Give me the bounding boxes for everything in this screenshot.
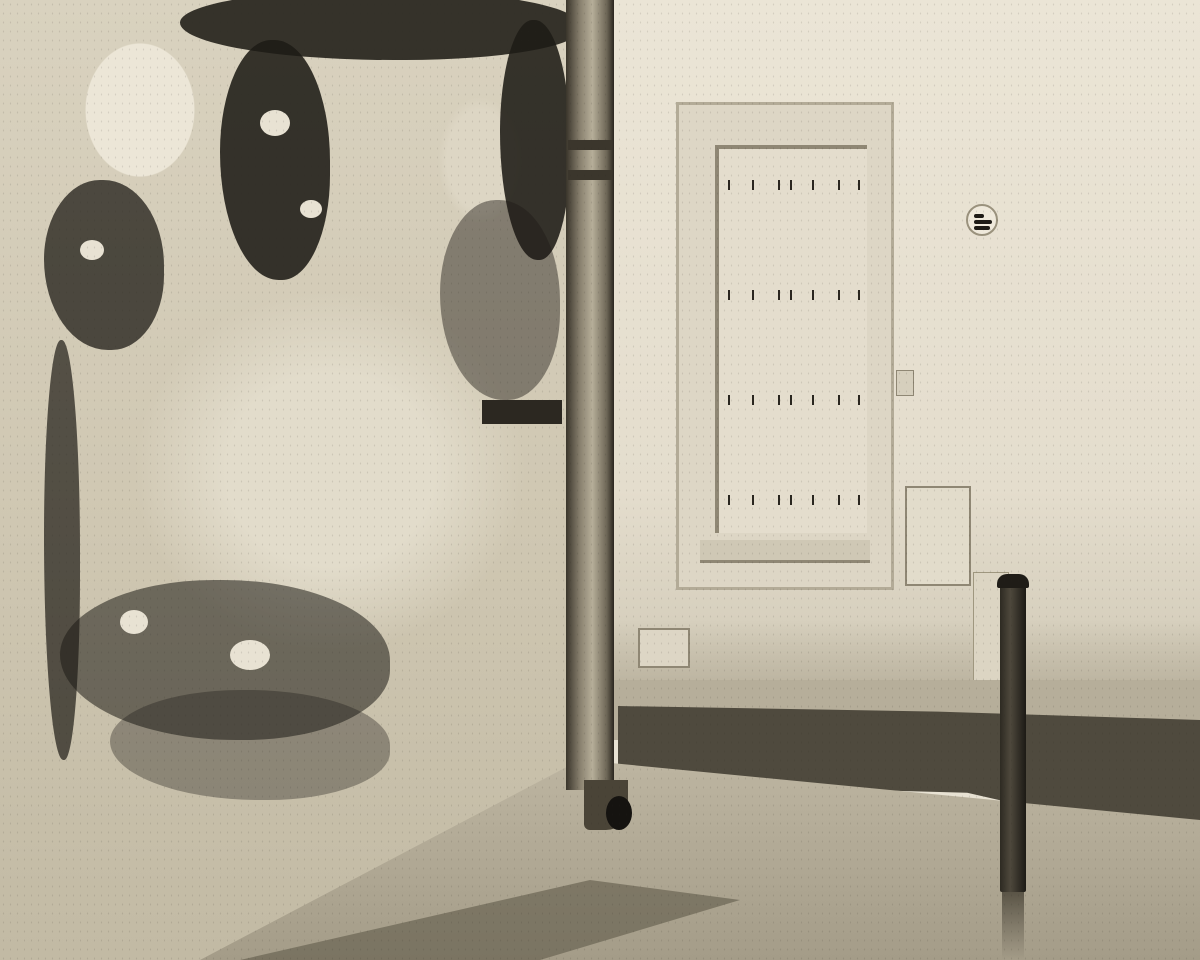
meter-box — [905, 486, 971, 586]
wall-speck — [260, 110, 290, 136]
slat-mark — [812, 180, 814, 190]
slat-mark — [790, 180, 792, 190]
slat-mark — [838, 395, 840, 405]
slat-mark — [790, 495, 792, 505]
slat-mark — [812, 395, 814, 405]
window-sill — [700, 540, 870, 563]
slat-mark — [812, 495, 814, 505]
slat-mark — [858, 180, 860, 190]
slat-mark — [790, 290, 792, 300]
slat-mark — [778, 495, 780, 505]
slat-mark — [838, 290, 840, 300]
slat-mark — [778, 395, 780, 405]
slat-mark — [812, 290, 814, 300]
pipe-outlet — [606, 796, 632, 830]
wall-vent-icon — [966, 204, 998, 236]
pipe-band — [568, 140, 612, 150]
slat-mark — [858, 290, 860, 300]
window-shutter — [715, 145, 867, 533]
wall-speck — [300, 200, 322, 218]
bollard-reflection — [1002, 892, 1024, 960]
pipe-band — [568, 170, 612, 180]
bollard — [1000, 576, 1026, 892]
slat-mark — [838, 495, 840, 505]
slat-mark — [858, 395, 860, 405]
slat-mark — [728, 395, 730, 405]
slat-mark — [752, 290, 754, 300]
wall-speck — [120, 610, 148, 634]
slat-mark — [752, 495, 754, 505]
slat-mark — [778, 290, 780, 300]
slat-mark — [838, 180, 840, 190]
drainpipe — [566, 0, 614, 790]
slat-mark — [752, 395, 754, 405]
wall-speck — [230, 640, 270, 670]
slat-mark — [728, 180, 730, 190]
slat-mark — [728, 495, 730, 505]
slat-mark — [752, 180, 754, 190]
photograph: Monochrome print of a street corner: a h… — [0, 0, 1200, 960]
wall-stain — [44, 340, 80, 760]
slat-mark — [790, 395, 792, 405]
slat-mark — [778, 180, 780, 190]
slat-mark — [728, 290, 730, 300]
wall-bracket — [482, 400, 562, 424]
small-wall-box — [638, 628, 690, 668]
wall-switch — [896, 370, 914, 396]
bollard-cap — [997, 574, 1029, 588]
wall-speck — [80, 240, 104, 260]
slat-mark — [858, 495, 860, 505]
